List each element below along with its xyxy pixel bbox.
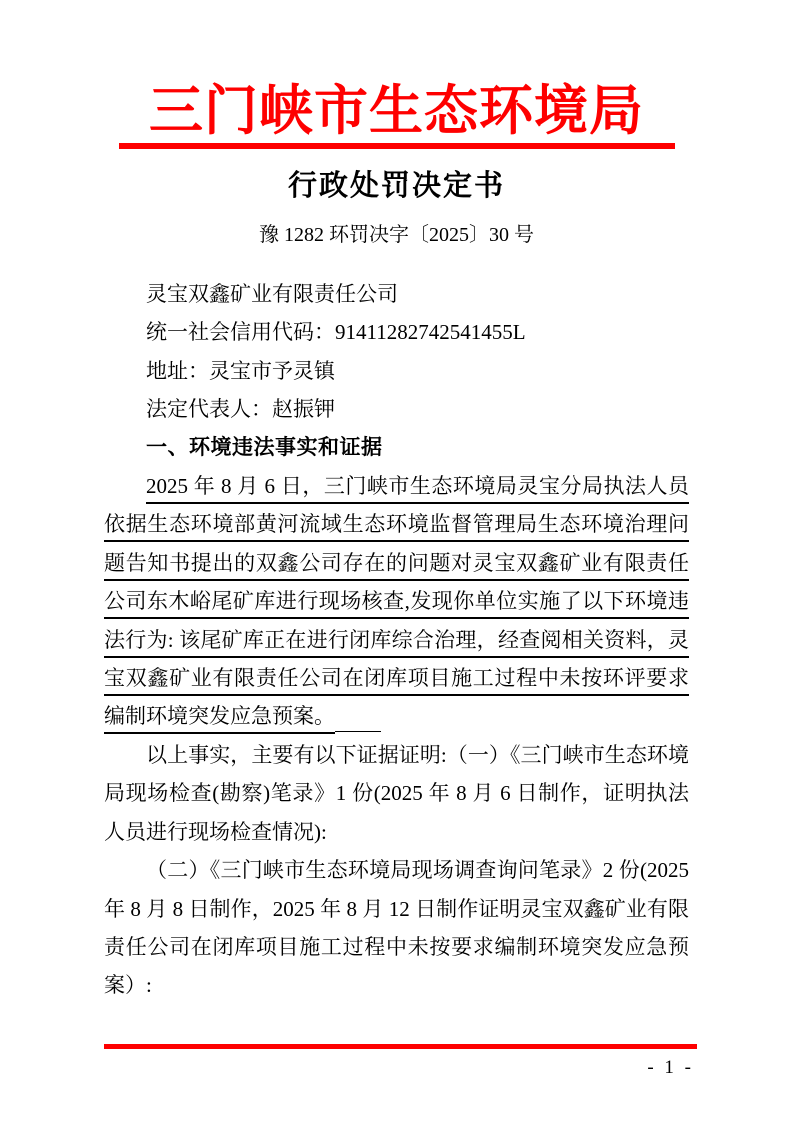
document-page: 三门峡市生态环境局 行政处罚决定书 豫 1282 环罚决字〔2025〕30 号 … [0,0,793,1122]
underline-tail [335,731,381,732]
recipient-address: 地址：灵宝市予灵镇 [104,352,689,390]
recipient-company-name: 灵宝双鑫矿业有限责任公司 [104,275,689,313]
paragraph-evidence-item-2-text: （二）《三门峡市生态环境局现场调查询问笔录》2 份(2025 年 8 月 8 日… [104,858,689,997]
document-title: 行政处罚决定书 [0,170,793,202]
document-body: 灵宝双鑫矿业有限责任公司 统一社会信用代码：91411282742541455L… [104,275,689,1005]
paragraph-evidence-item-2: （二）《三门峡市生态环境局现场调查询问笔录》2 份(2025 年 8 月 8 日… [104,851,689,1005]
paragraph-evidence-item-1-text: 以上事实，主要有以下证据证明:（一）《三门峡市生态环境局现场检查(勘察)笔录》1… [104,743,689,844]
document-number: 豫 1282 环罚决字〔2025〕30 号 [0,222,793,248]
recipient-legal-representative: 法定代表人：赵振钾 [104,390,689,428]
paragraph-evidence-item-1: 以上事实，主要有以下证据证明:（一）《三门峡市生态环境局现场检查(勘察)笔录》1… [104,736,689,851]
section-heading-facts-and-evidence: 一、环境违法事实和证据 [104,429,689,467]
paragraph-violation-facts-text: 2025 年 8 月 6 日，三门峡市生态环境局灵宝分局执法人员依据生态环境部黄… [104,474,689,728]
header-red-double-rule [119,143,675,149]
recipient-credit-code: 统一社会信用代码：91411282742541455L [104,313,689,351]
page-number: - 1 - [647,1056,694,1080]
paragraph-violation-facts: 2025 年 8 月 6 日，三门峡市生态环境局灵宝分局执法人员依据生态环境部黄… [104,467,689,736]
footer-red-double-rule [104,1044,697,1049]
agency-title: 三门峡市生态环境局 [0,0,793,140]
